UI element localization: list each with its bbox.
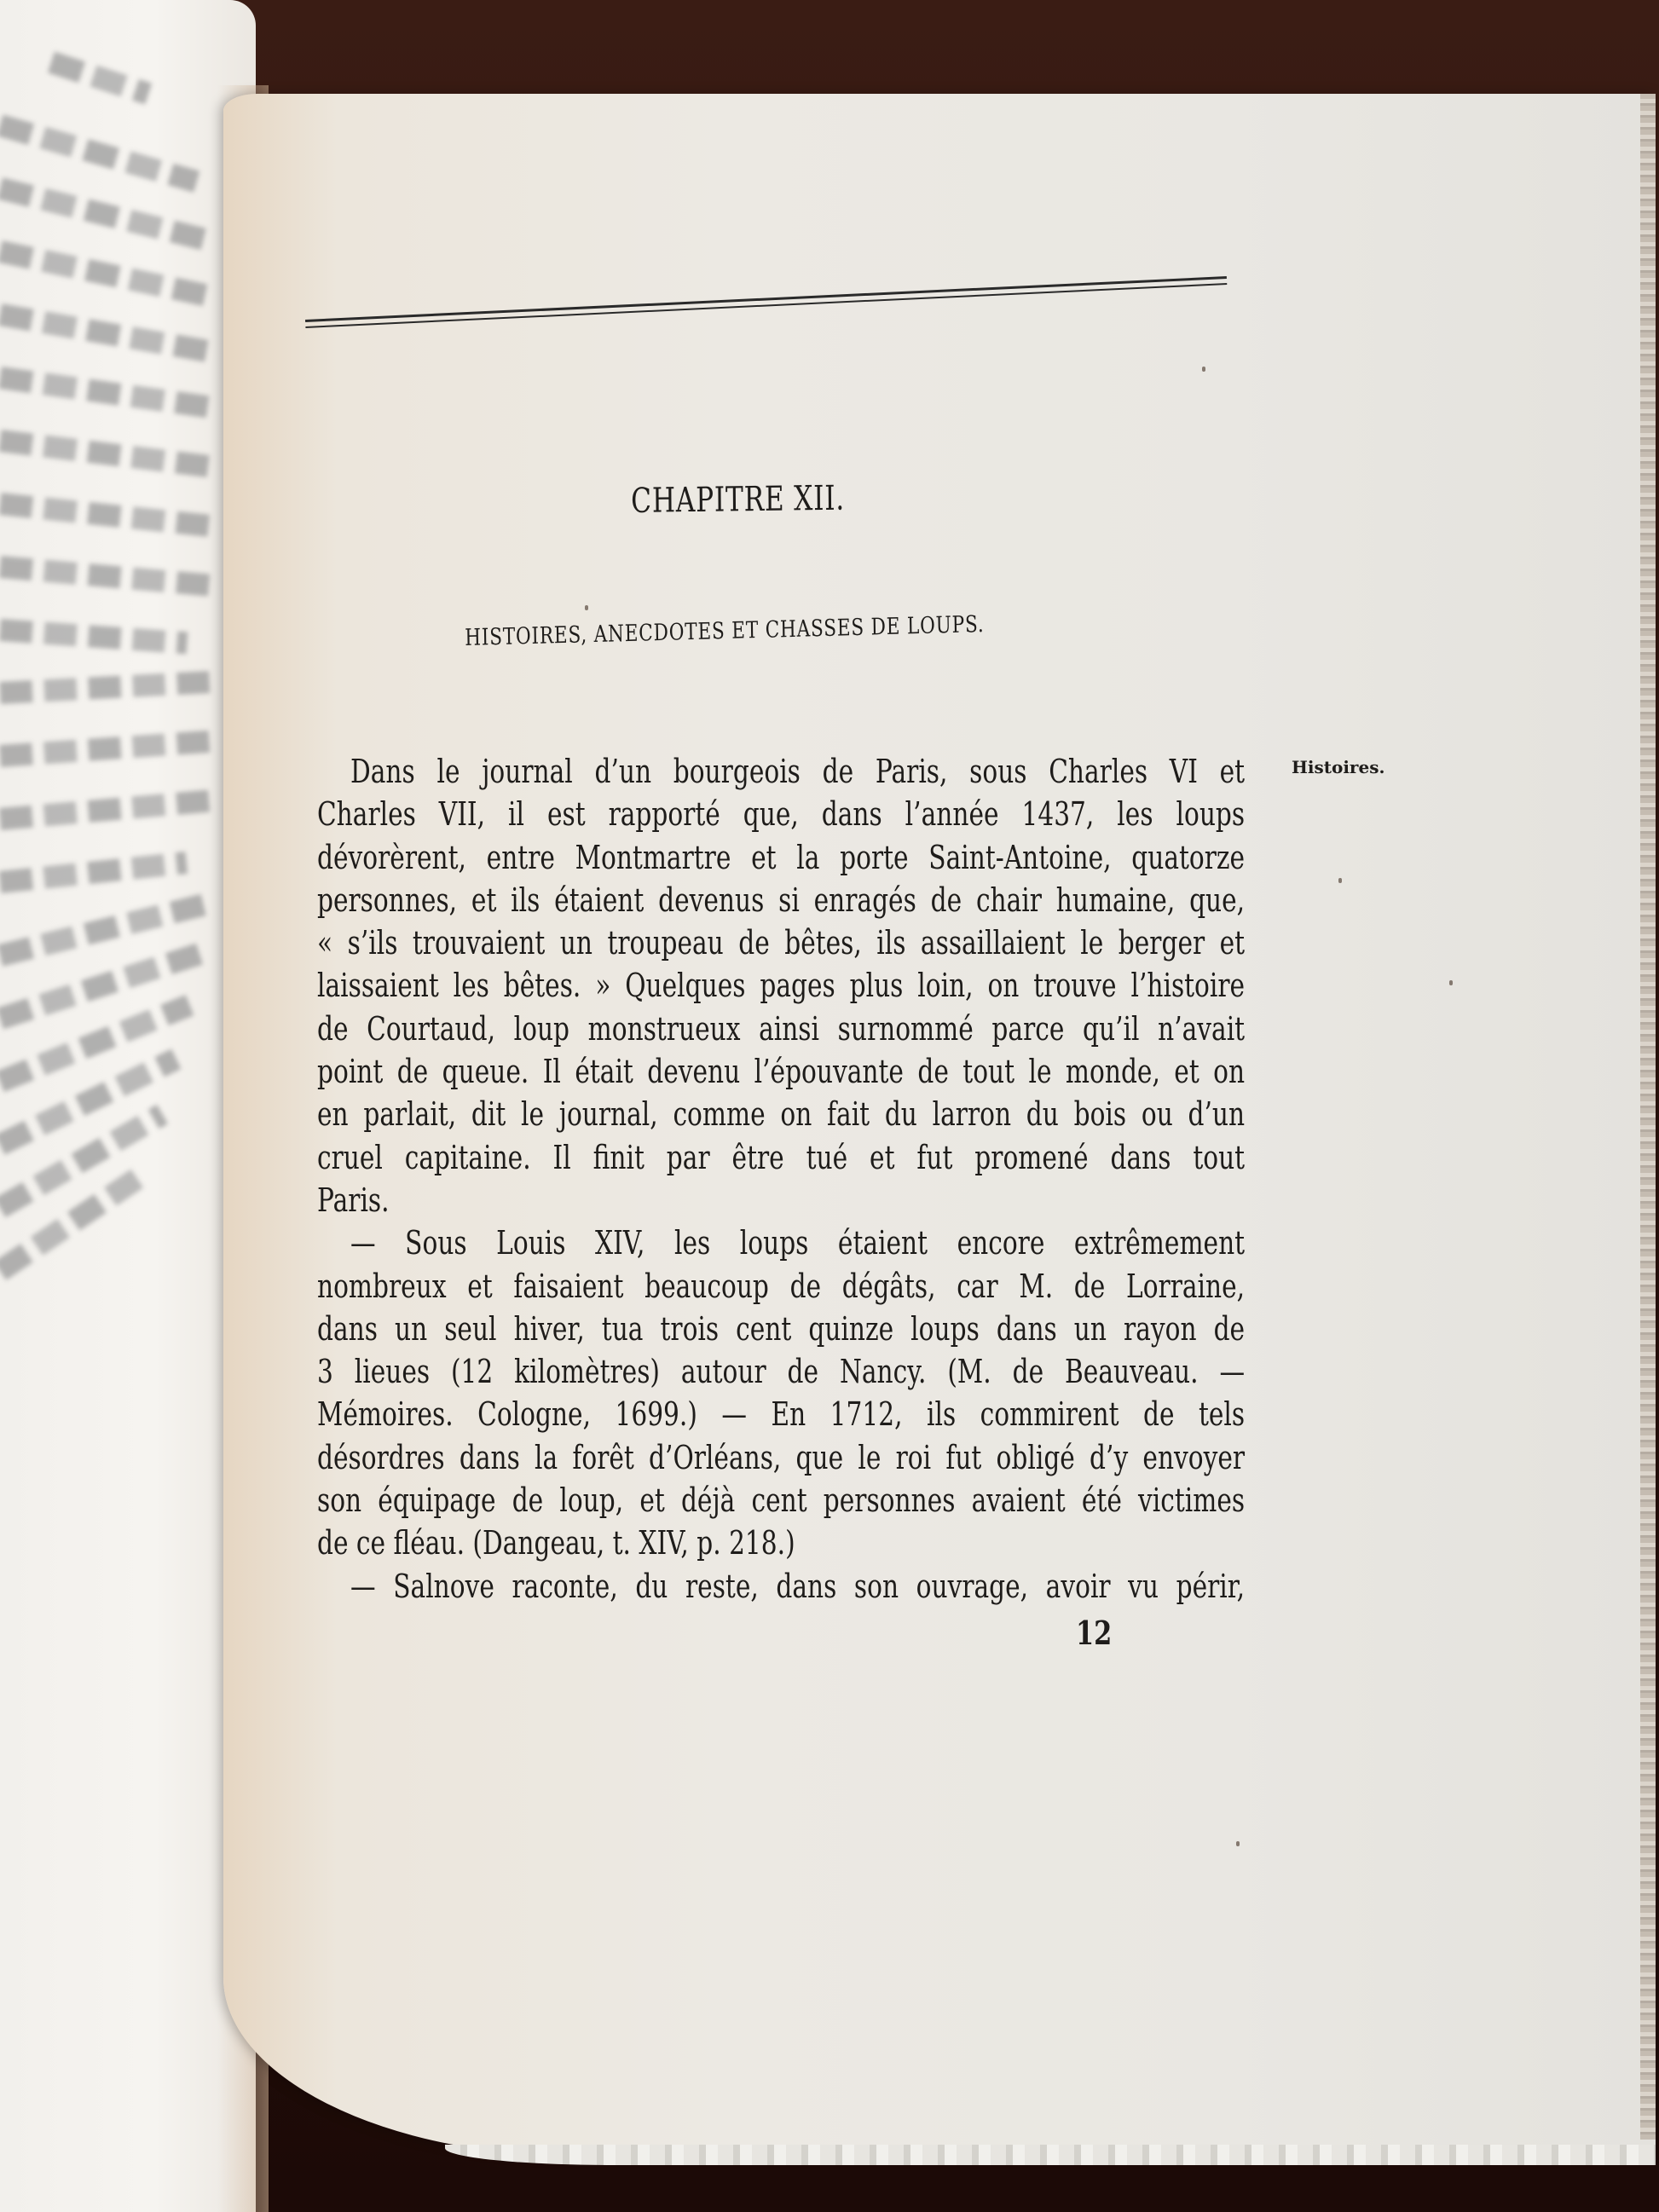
body-line: de Courtaud, loup monstrueux ainsi surno… <box>317 1008 1245 1050</box>
blurred-line <box>0 556 213 597</box>
page-number: 12 <box>1076 1614 1112 1652</box>
page-deckle-edge-bottom <box>445 2145 1656 2165</box>
blurred-line <box>48 52 152 105</box>
chapter-title: CHAPITRE XII. <box>631 479 845 521</box>
body-line: dévorèrent, entre Montmartre et la porte… <box>317 836 1245 879</box>
blurred-line <box>0 115 199 193</box>
blurred-line <box>0 789 213 830</box>
body-line: — Salnove raconte, du reste, dans son ou… <box>317 1565 1245 1608</box>
body-line: Charles VII, il est rapporté que, dans l… <box>317 793 1245 835</box>
blurred-line <box>0 493 213 537</box>
paper-speck <box>585 605 588 610</box>
blurred-line <box>0 671 213 704</box>
blurred-line <box>0 619 188 654</box>
body-line: « s’ils trouvaient un troupeau de bêtes,… <box>317 921 1245 964</box>
paper-speck <box>1449 980 1453 985</box>
body-line: — Sous Louis XIV, les loups étaient enco… <box>317 1222 1245 1264</box>
body-line: laissaient les bêtes. » Quelques pages p… <box>317 964 1245 1007</box>
body-line: 3 lieues (12 kilomètres) autour de Nancy… <box>317 1350 1245 1393</box>
blurred-line <box>0 852 188 893</box>
margin-note: Histoires. <box>1292 757 1384 777</box>
body-line: Mémoires. Cologne, 1699.) — En 1712, ils… <box>317 1393 1245 1435</box>
body-text: Dans le journal d’un bourgeois de Paris,… <box>317 750 1245 1608</box>
paper-speck <box>1202 367 1205 372</box>
body-line: Paris. <box>317 1179 1245 1222</box>
blurred-line <box>0 240 211 306</box>
blurred-line <box>0 303 211 362</box>
paper-speck <box>1236 1841 1240 1846</box>
blurred-line <box>0 367 212 419</box>
body-line: nombreux et faisaient beaucoup de dégâts… <box>317 1265 1245 1308</box>
page-deckle-edge-right <box>1640 94 1656 2140</box>
body-line: désordres dans la forêt d’Orléans, que l… <box>317 1436 1245 1479</box>
left-page-blurred-text <box>0 51 213 1323</box>
body-line: en parlait, dit le journal, comme on fai… <box>317 1093 1245 1135</box>
body-line: Dans le journal d’un bourgeois de Paris,… <box>317 750 1245 793</box>
body-line: point de queue. Il était devenu l’épouva… <box>317 1050 1245 1093</box>
paper-speck <box>1338 878 1342 883</box>
body-line: de ce fléau. (Dangeau, t. XIV, p. 218.) <box>317 1522 1245 1564</box>
blurred-line <box>0 177 210 251</box>
blurred-line <box>0 430 213 477</box>
body-line: cruel capitaine. Il finit par être tué e… <box>317 1136 1245 1179</box>
body-line: dans un seul hiver, tua trois cent quinz… <box>317 1308 1245 1350</box>
blurred-line <box>0 731 213 767</box>
body-line: son équipage de loup, et déjà cent perso… <box>317 1479 1245 1522</box>
body-line: personnes, et ils étaient devenus si enr… <box>317 879 1245 921</box>
